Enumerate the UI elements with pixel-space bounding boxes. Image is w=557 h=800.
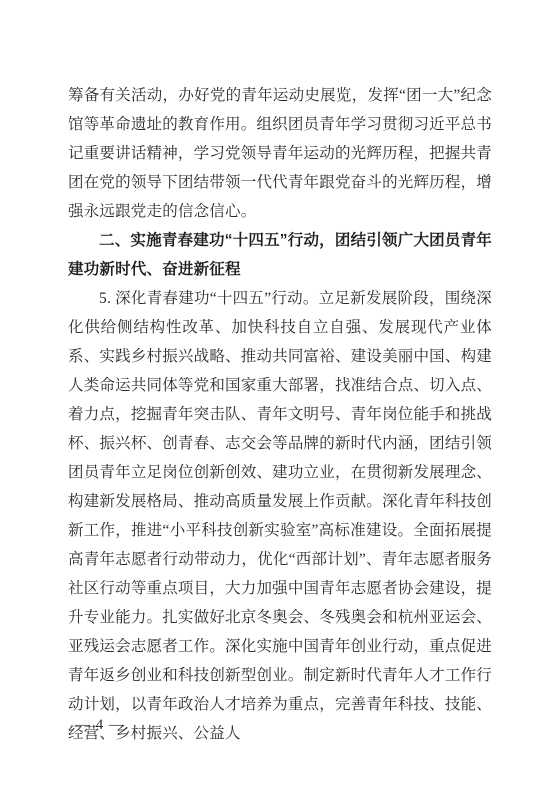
paragraph-item-5: 5. 深化青春建功“十四五”行动。立足新发展阶段，围绕深化供给侧结构性改革、加快…	[68, 284, 492, 748]
paragraph-number: 5.	[99, 290, 111, 307]
section-heading: 二、实施青春建功“十四五”行动，团结引领广大团员青年建功新时代、奋进新征程	[68, 226, 492, 284]
paragraph-text: 立足新发展阶段，围绕深化供给侧结构性改革、加快科技自立自强、发展现代产业体系、实…	[68, 290, 492, 742]
document-page: 筹备有关活动，办好党的青年运动史展览，发挥“团一大”纪念馆等革命遗址的教育作用。…	[0, 0, 557, 800]
page-number: — 4 —	[75, 716, 125, 734]
paragraph-lead: 深化青春建功“十四五”行动。	[115, 290, 318, 307]
page-content: 筹备有关活动，办好党的青年运动史展览，发挥“团一大”纪念馆等革命遗址的教育作用。…	[68, 81, 492, 748]
paragraph-continuation: 筹备有关活动，办好党的青年运动史展览，发挥“团一大”纪念馆等革命遗址的教育作用。…	[68, 81, 492, 226]
